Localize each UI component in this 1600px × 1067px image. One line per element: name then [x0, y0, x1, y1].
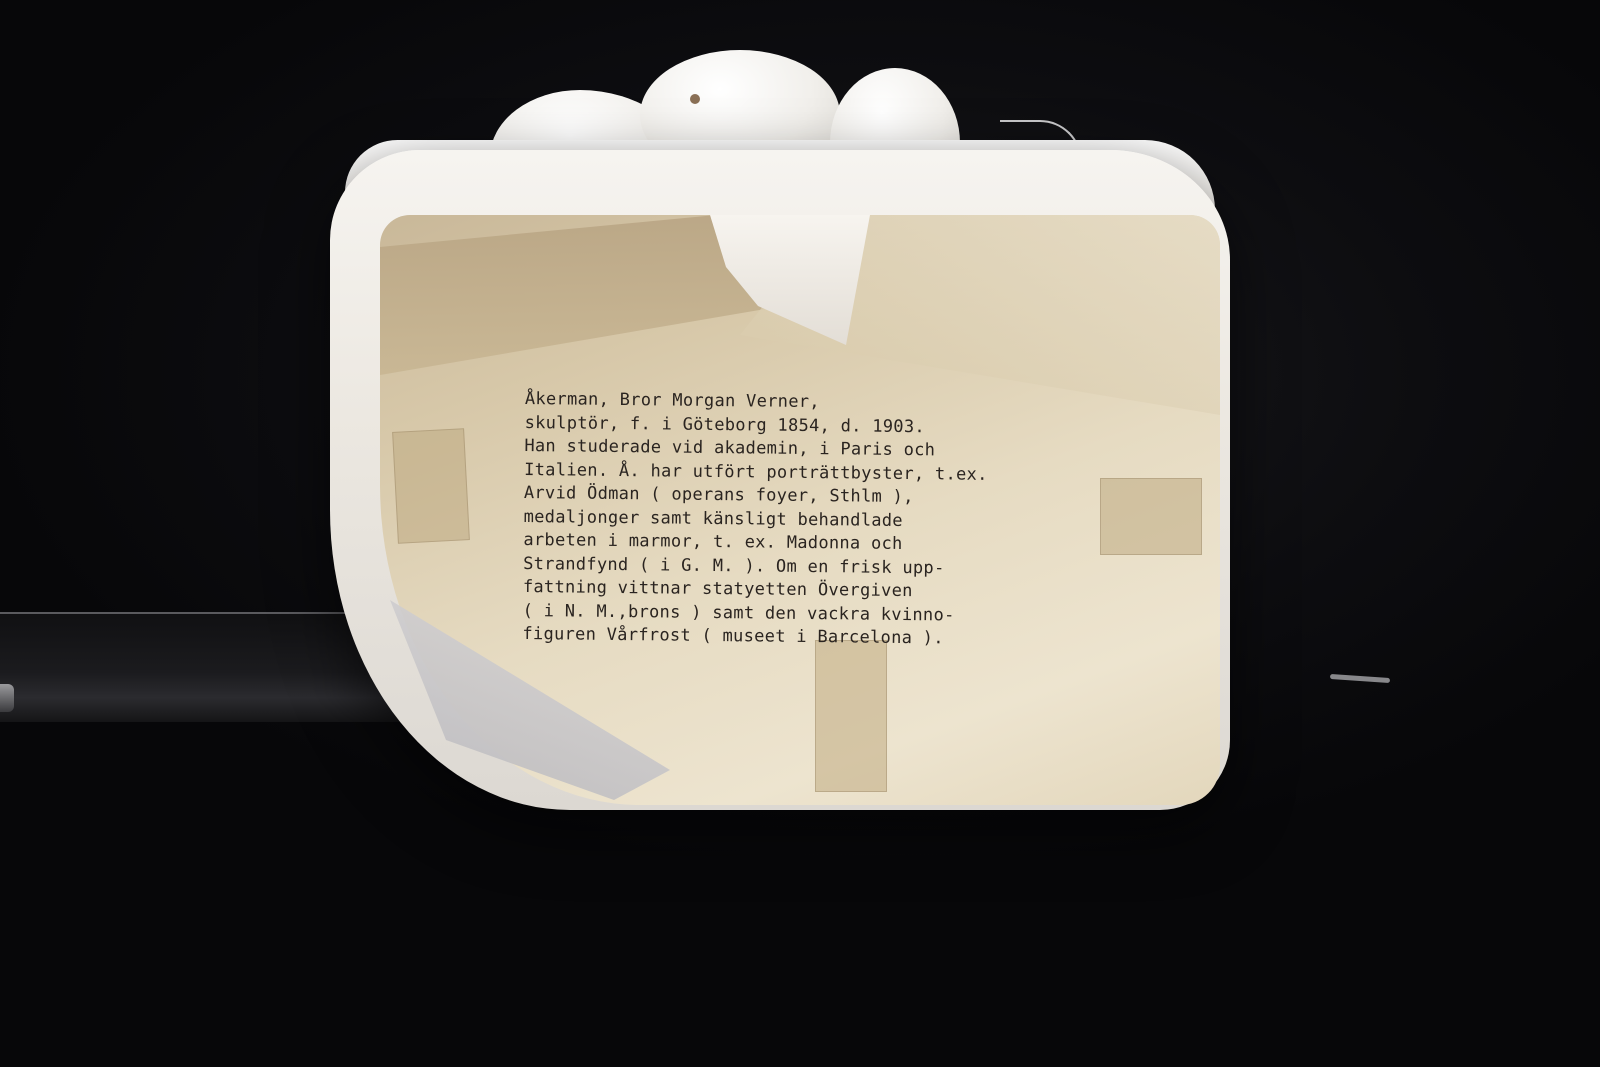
adhesive-tape — [815, 640, 887, 792]
figure-hole — [690, 94, 700, 104]
typed-label: Åkerman, Bror Morgan Verner, skulptör, f… — [522, 388, 1145, 653]
light-glint — [1330, 674, 1390, 683]
photo-scene: Åkerman, Bror Morgan Verner, skulptör, f… — [0, 0, 1600, 1067]
adhesive-tape — [392, 428, 470, 544]
